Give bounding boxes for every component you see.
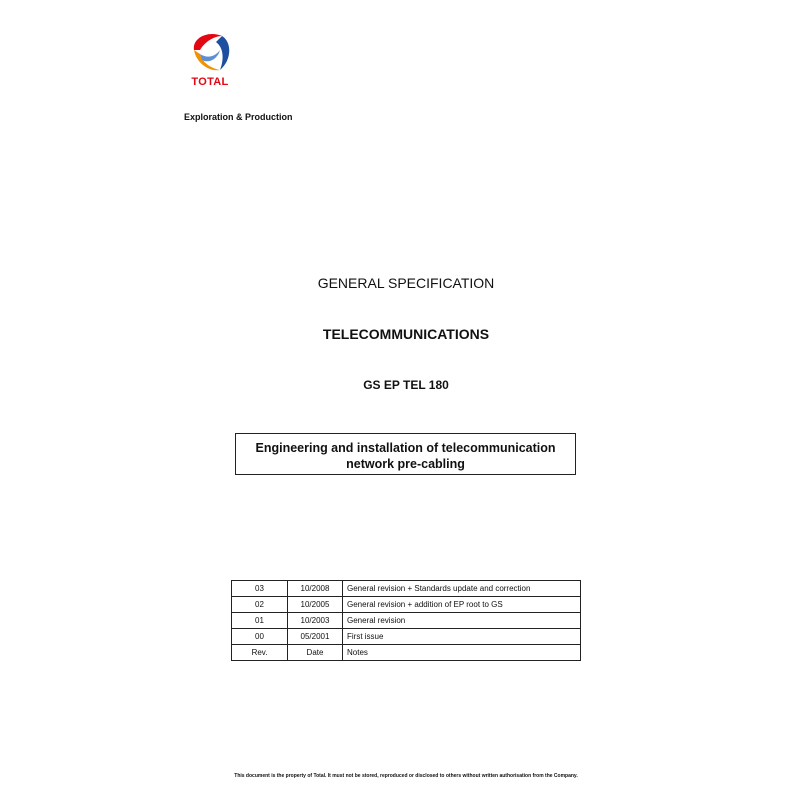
subject-line-2: network pre-cabling: [236, 456, 575, 472]
confidentiality-notice: This document is the property of Total. …: [0, 773, 800, 779]
notes-cell: General revision + addition of EP root t…: [343, 597, 581, 613]
notes-cell: General revision: [343, 613, 581, 629]
notes-cell: First issue: [343, 629, 581, 645]
rev-header: Rev.: [232, 645, 288, 661]
notes-header: Notes: [343, 645, 581, 661]
date-cell: 10/2005: [288, 597, 343, 613]
document-subject-box: Engineering and installation of telecomm…: [235, 433, 576, 475]
spec-type-title: GENERAL SPECIFICATION: [0, 275, 800, 291]
logo-text: TOTAL: [186, 76, 234, 88]
rev-cell: 01: [232, 613, 288, 629]
division-label: Exploration & Production: [184, 112, 293, 122]
revision-table: 03 10/2008 General revision + Standards …: [231, 580, 581, 661]
rev-cell: 02: [232, 597, 288, 613]
table-row: 01 10/2003 General revision: [232, 613, 581, 629]
date-cell: 05/2001: [288, 629, 343, 645]
date-cell: 10/2003: [288, 613, 343, 629]
subject-line-1: Engineering and installation of telecomm…: [236, 440, 575, 456]
date-cell: 10/2008: [288, 581, 343, 597]
table-row: 03 10/2008 General revision + Standards …: [232, 581, 581, 597]
date-header: Date: [288, 645, 343, 661]
table-row: 00 05/2001 First issue: [232, 629, 581, 645]
rev-cell: 03: [232, 581, 288, 597]
notes-cell: General revision + Standards update and …: [343, 581, 581, 597]
rev-cell: 00: [232, 629, 288, 645]
document-code: GS EP TEL 180: [0, 378, 800, 392]
table-header-row: Rev. Date Notes: [232, 645, 581, 661]
table-row: 02 10/2005 General revision + addition o…: [232, 597, 581, 613]
domain-title: TELECOMMUNICATIONS: [0, 326, 800, 342]
